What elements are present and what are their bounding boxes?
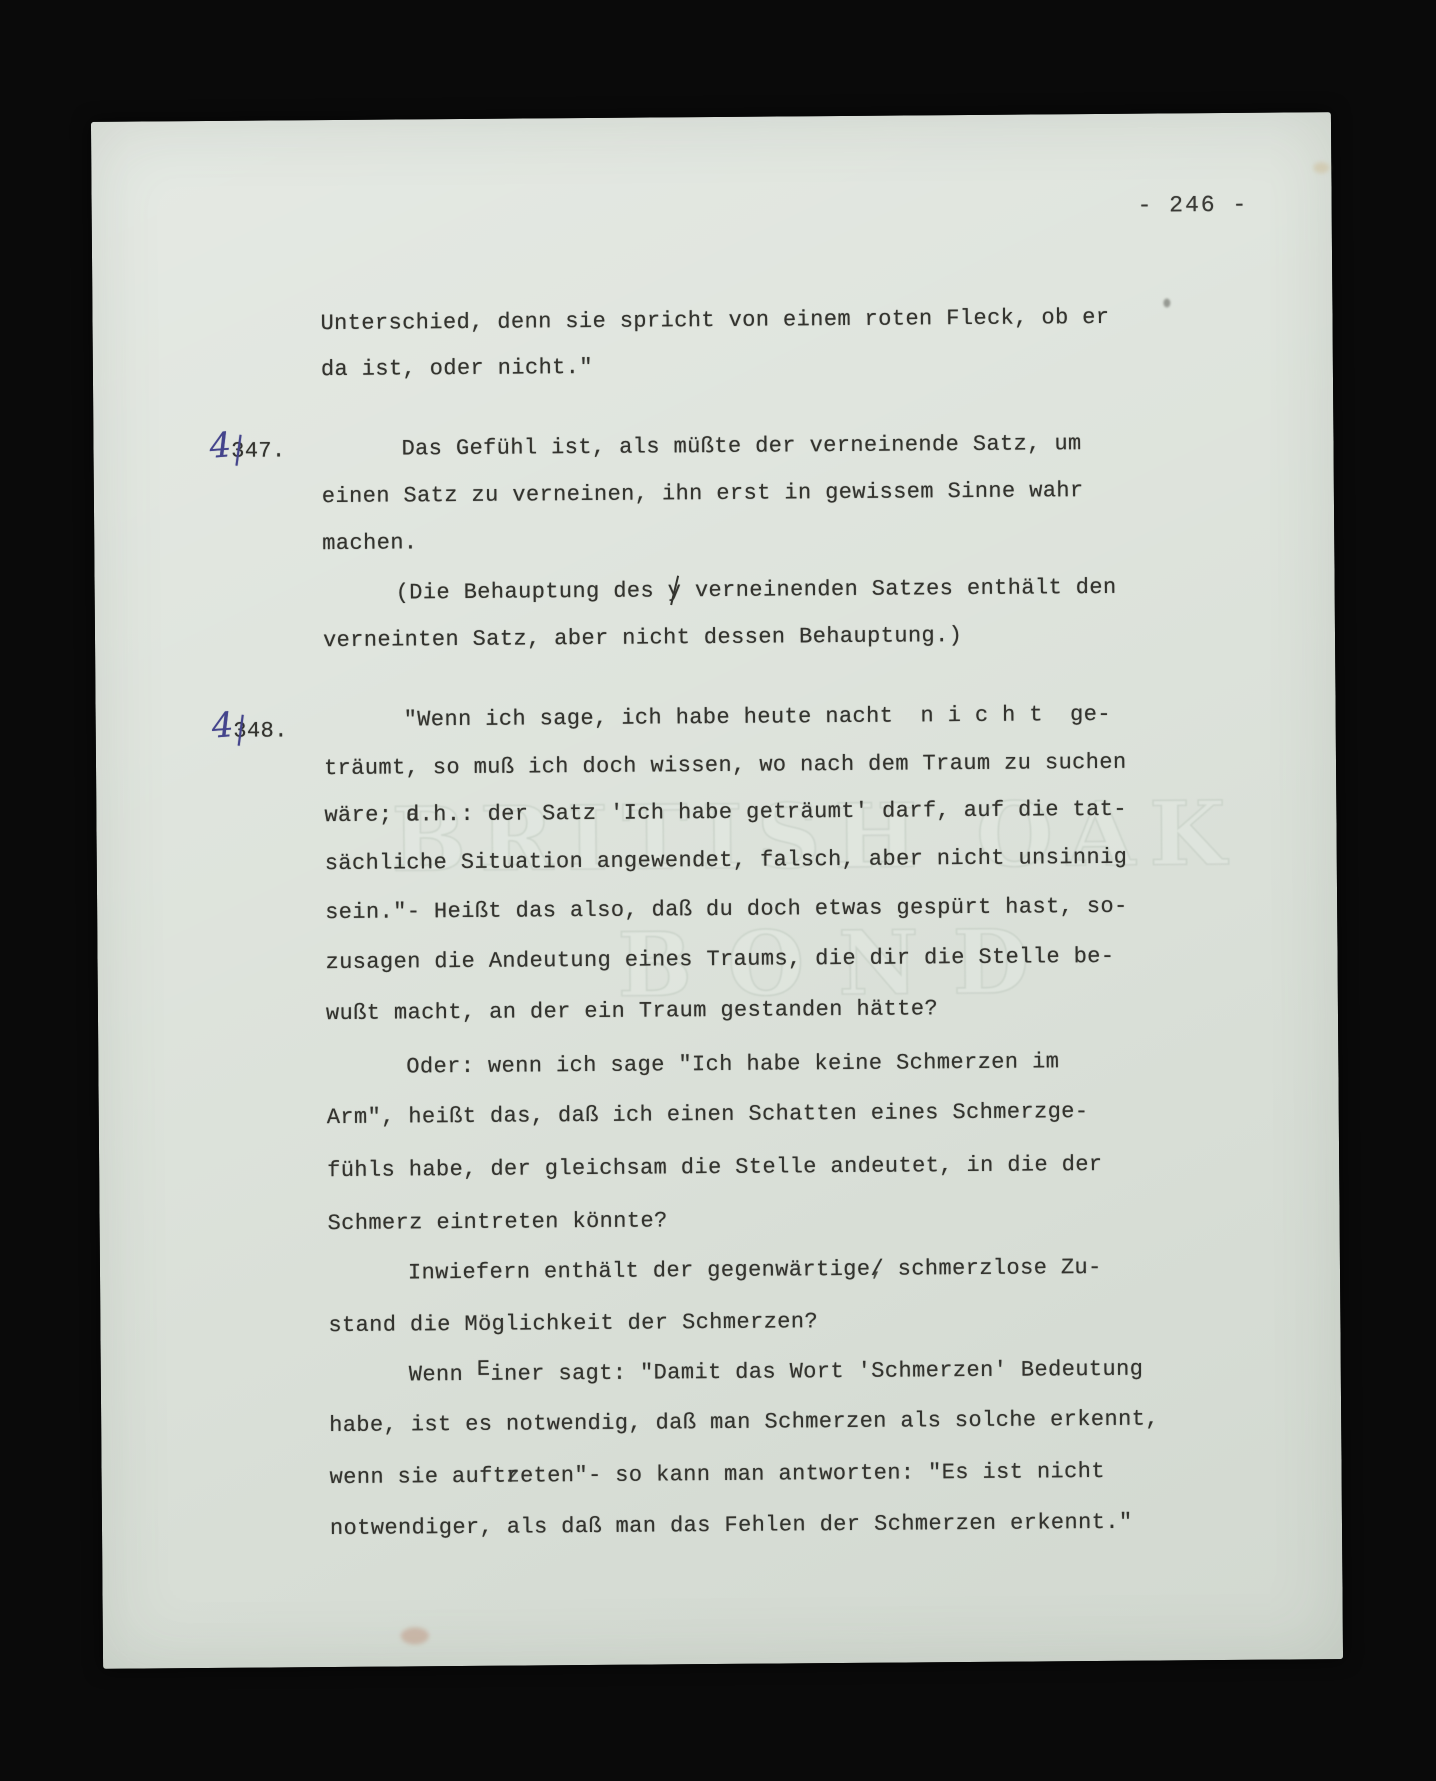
text-line: habe, ist es notwendig, daß man Schmerze… (329, 1407, 1159, 1440)
line-segment: Inwiefern enthält der gegenwärtige (408, 1257, 871, 1286)
paper-stain (401, 1627, 429, 1644)
text-line: wußt macht, an der ein Traum gestanden h… (326, 996, 938, 1027)
line-segment: schmerzlose Zu- (884, 1255, 1102, 1282)
text-line: verneinten Satz, aber nicht dessen Behau… (323, 623, 962, 654)
text-line: Das Gefühl ist, als müßte der verneinend… (401, 431, 1081, 462)
remark-number-448: 4348. (212, 705, 288, 746)
overstrike-top: r (506, 1464, 520, 1489)
text-line: wenn sie auftrzeten"- so kann man antwor… (330, 1459, 1106, 1491)
struck-typed-digit: 3 (231, 439, 245, 464)
text-line: machen. (322, 530, 417, 557)
handwritten-digit: 4 (208, 425, 233, 467)
line-segment: wäre; (324, 802, 406, 828)
handwritten-digit: 4 (210, 705, 235, 747)
text-line: sächliche Situation angewendet, falsch, … (325, 845, 1128, 877)
text-line: Arm", heißt das, daß ich einen Schatten … (327, 1099, 1089, 1131)
remark-number-447: 4347. (209, 425, 285, 466)
text-line: "Wenn ich sage, ich habe heute nacht n i… (404, 702, 1111, 734)
overstrike-top: / (870, 1257, 884, 1282)
overstruck-character: rz (506, 1464, 520, 1490)
text-line: Oder: wenn ich sage "Ich habe keine Schm… (406, 1049, 1059, 1080)
page-number: - 246 - (1138, 192, 1249, 219)
text-line: wäre; da.h.: der Satz 'Ich habe geträumt… (324, 797, 1127, 829)
typescript-page: BRITISH OAK BOND - 246 - 4347. 4348. Unt… (91, 112, 1343, 1669)
overstrike-top: d (406, 802, 420, 827)
text-line: notwendiger, als daß man das Fehlen der … (330, 1510, 1133, 1542)
text-line: zusagen die Andeutung eines Traums, die … (325, 944, 1114, 976)
line-segment: Wenn (409, 1362, 477, 1388)
typed-digits: 47. (245, 438, 286, 463)
struck-typed-digit: 3 (233, 719, 247, 744)
text-line: fühls habe, der gleichsam die Stelle and… (327, 1152, 1103, 1184)
text-line: Schmerz eintreten könnte? (328, 1208, 668, 1237)
typed-digits: 48. (247, 718, 288, 743)
line-segment: verneinenden Satzes enthält den (681, 575, 1116, 603)
line-segment: eten"- so kann man antworten: "Es ist ni… (520, 1459, 1105, 1489)
scan-background: { "page": { "number_label": "- 246 -" },… (0, 0, 1436, 1781)
line-segment: iner sagt: "Damit das Wort 'Schmerzen' B… (490, 1357, 1143, 1387)
text-line: stand die Möglichkeit der Schmerzen? (328, 1309, 818, 1339)
text-line: Inwiefern enthält der gegenwärtige/, sch… (408, 1255, 1102, 1286)
struck-character: y (668, 578, 682, 604)
raised-character: E (477, 1357, 491, 1382)
line-segment: wenn sie auft (330, 1464, 507, 1490)
line-segment: .h.: der Satz 'Ich habe geträumt' darf, … (420, 797, 1127, 828)
paper-speck (1163, 298, 1170, 307)
text-line: träumt, so muß ich doch wissen, wo nach … (324, 750, 1127, 782)
text-line: (Die Behauptung des y verneinenden Satze… (396, 575, 1117, 607)
text-line: da ist, oder nicht." (321, 355, 593, 383)
overstruck-character: /, (870, 1257, 884, 1283)
text-line: einen Satz zu verneinen, ihn erst in gew… (322, 478, 1084, 510)
text-line: Unterschied, denn sie spricht von einem … (320, 305, 1109, 337)
line-segment: (Die Behauptung des (396, 578, 668, 605)
text-line: sein."- Heißt das also, daß du doch etwa… (325, 894, 1128, 926)
paper-stain (1313, 162, 1329, 173)
text-line: Wenn Einer sagt: "Damit das Wort 'Schmer… (409, 1357, 1144, 1389)
overstruck-character: da (406, 802, 420, 828)
